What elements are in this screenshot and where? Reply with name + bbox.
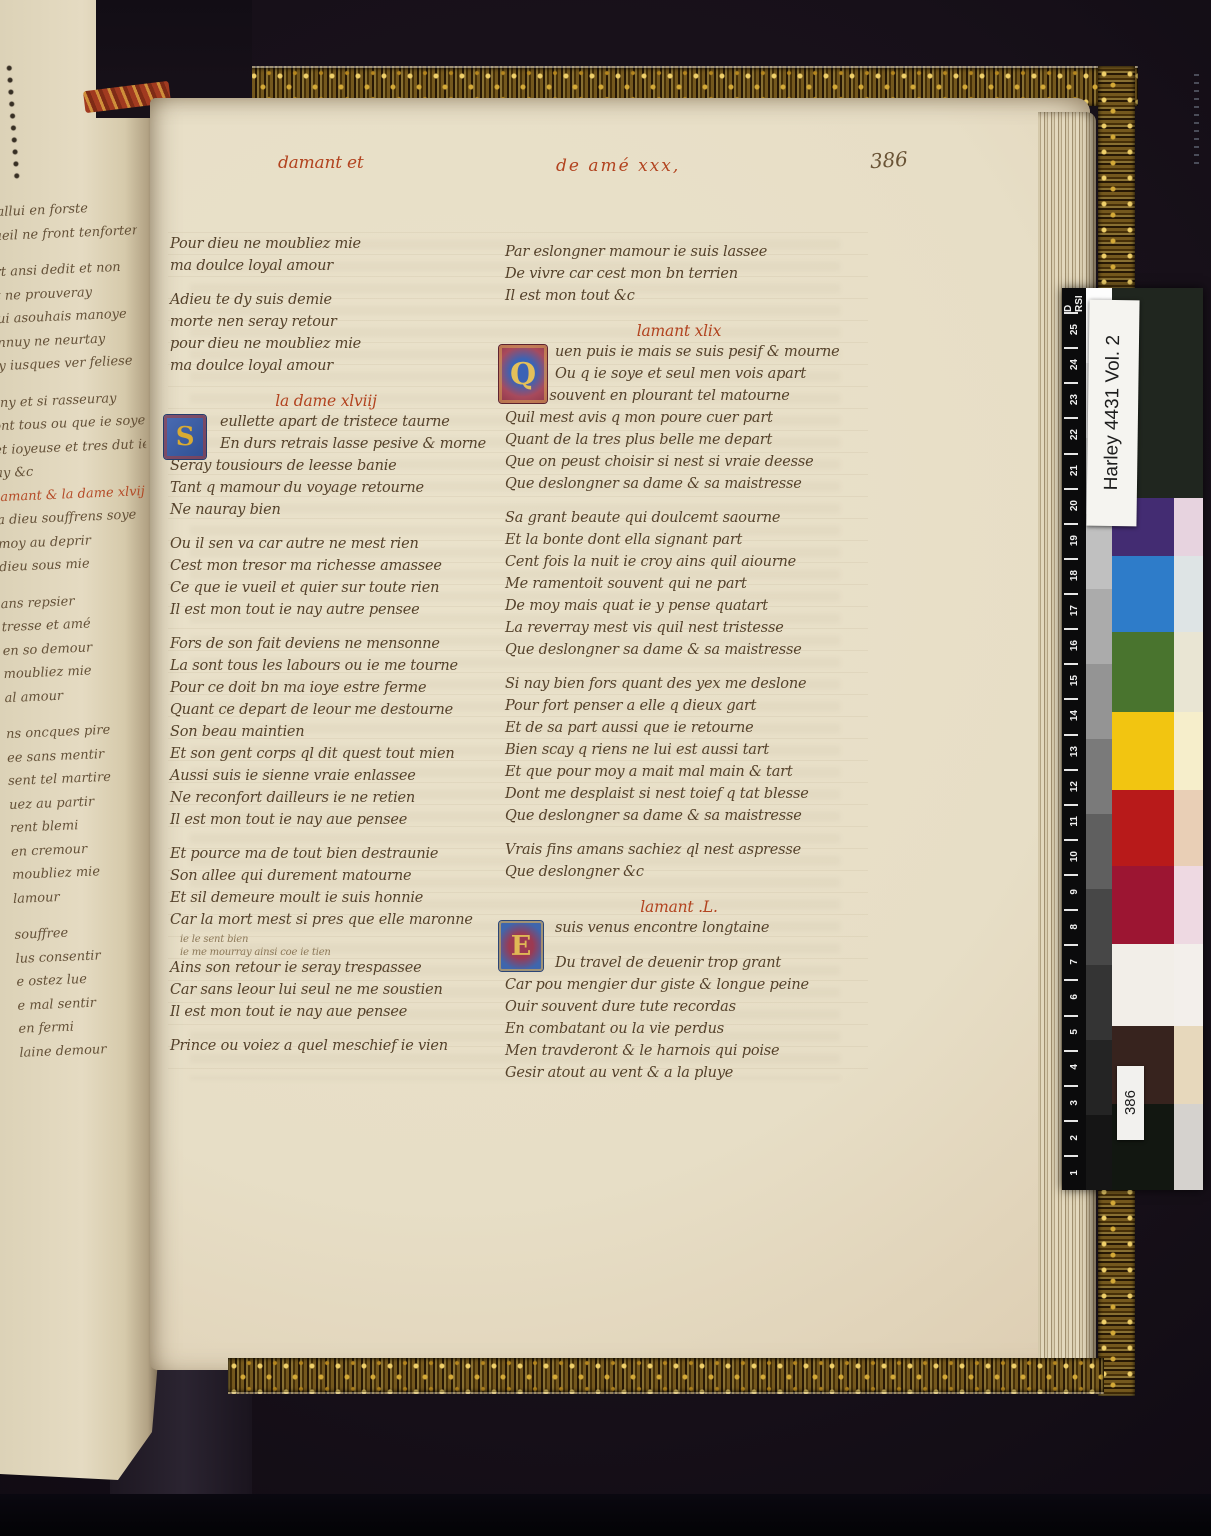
text-column-right: Par eslongner mamour ie suis lasseeDe vi… xyxy=(505,244,853,1099)
light-patch-9 xyxy=(1174,1104,1203,1190)
ruler-cell: 4 xyxy=(1062,1050,1086,1085)
interlinear-correction: ie le sent bien xyxy=(170,934,482,947)
verse-line: Que deslongner &c xyxy=(505,864,853,886)
ruler-cell: 9 xyxy=(1062,874,1086,909)
ruler-cell: 2 xyxy=(1062,1120,1086,1155)
verse-line: Quil mest avis q mon poure cuer part xyxy=(505,410,853,432)
verse-line: Ce que ie vueil et quier sur toute rien xyxy=(170,580,482,602)
verse-line: Ou il sen va car autre ne mest rien xyxy=(170,536,482,558)
verse-line: Fors de son fait deviens ne mensonne xyxy=(170,636,482,658)
verse-line: De moy mais quat ie y pense quatart xyxy=(505,598,853,620)
ruler-number: 1 xyxy=(1069,1170,1080,1176)
grayscale-step xyxy=(1086,814,1112,889)
verse-line: Du travel de deuenir trop grant xyxy=(505,955,853,977)
verse-line: Et sil demeure moult ie suis honnie xyxy=(170,890,482,912)
ruler-number: 4 xyxy=(1069,1064,1080,1070)
ruler-number: 17 xyxy=(1069,605,1080,616)
photo-bottom-band xyxy=(0,1494,1211,1536)
ruler-cell: 6 xyxy=(1062,979,1086,1014)
ruler-number: 19 xyxy=(1069,535,1080,546)
verse-line: Quant de la tres plus belle me depart xyxy=(505,432,853,454)
verse-line: Que deslongner sa dame & sa maistresse xyxy=(505,808,853,830)
ruler-cell: 1 xyxy=(1062,1155,1086,1190)
stanza: Ou il sen va car autre ne mest rienCest … xyxy=(170,536,482,624)
verse-line: Bien scay q riens ne lui est aussi tart xyxy=(505,742,853,764)
gilt-border-bottom xyxy=(228,1358,1104,1394)
verse-line: Seray tousiours de leesse banie xyxy=(170,458,482,480)
text-column-left: Pour dieu ne moubliez miema doulce loyal… xyxy=(170,236,482,1072)
verse-line: Il est mon tout ie nay aue pensee xyxy=(170,1004,482,1026)
verse-line: Pour ce doit bn ma ioye estre ferme xyxy=(170,680,482,702)
verse-line: En durs retrais lasse pesive & morne xyxy=(170,436,482,458)
manuscript-photo: mallui en forstedueil ne front tenforter… xyxy=(0,0,1211,1536)
stanza: Adieu te dy suis demiemorte nen seray re… xyxy=(170,292,482,380)
ruler-number: 3 xyxy=(1069,1100,1080,1106)
verse-line: Et son gent corps ql dit quest tout mien xyxy=(170,746,482,768)
ruler-number: 8 xyxy=(1069,924,1080,930)
verse-line: Quant ce depart de leour me destourne xyxy=(170,702,482,724)
verse-line: Men travderont & le harnois qui poise xyxy=(505,1043,853,1065)
verse-line: Tant q mamour du voyage retourne xyxy=(170,480,482,502)
ruler-cell: 17 xyxy=(1062,593,1086,628)
verse-line: Car la mort mest si pres que elle maronn… xyxy=(170,912,482,934)
ruler-number: 24 xyxy=(1069,359,1080,370)
verse-line: Vrais fins amans sachiez ql nest aspress… xyxy=(505,842,853,864)
verse-line: Que deslongner sa dame & sa maistresse xyxy=(505,642,853,664)
shelfmark-label: Harley 4431 Vol. 2 xyxy=(1086,300,1139,527)
ruler-cell: 7 xyxy=(1062,944,1086,979)
verse-line: Ouir souvent dure tute recordas xyxy=(505,999,853,1021)
verse-line: pour dieu ne moubliez mie xyxy=(170,336,482,358)
ruler-cell: 12 xyxy=(1062,769,1086,804)
verse-line: Ains son retour ie seray trespassee xyxy=(170,960,482,982)
grayscale-step xyxy=(1086,965,1112,1040)
ruler-number: 13 xyxy=(1069,746,1080,757)
ruler-cell: 16 xyxy=(1062,628,1086,663)
stanza: Si nay bien fors quant des yex me deslon… xyxy=(505,676,853,830)
folio-sticker-text: 386 xyxy=(1122,1090,1139,1115)
verse-line: Son allee qui durement matourne xyxy=(170,868,482,890)
stanza: Pour dieu ne moubliez miema doulce loyal… xyxy=(170,236,482,280)
grayscale-step xyxy=(1086,1040,1112,1115)
verse-line: Et que pour moy a mait mal main & tart xyxy=(505,764,853,786)
ruler-cell: 5 xyxy=(1062,1015,1086,1050)
stanza: Quen puis ie mais se suis pesif & mourne… xyxy=(505,344,853,498)
ruler-cell: 15 xyxy=(1062,663,1086,698)
ruler-number: 5 xyxy=(1069,1029,1080,1035)
verse-line: En combatant ou la vie perdus xyxy=(505,1021,853,1043)
light-patch-4 xyxy=(1174,712,1203,790)
interlinear-correction: ie me mourray ainsi coe ie tien xyxy=(170,947,482,960)
ruler-number: 11 xyxy=(1069,816,1080,827)
running-header-center: de amé xxx, xyxy=(556,156,680,176)
ruler-number: 9 xyxy=(1069,889,1080,895)
stanza: Par eslongner mamour ie suis lasseeDe vi… xyxy=(505,244,853,310)
verse-line: Si nay bien fors quant des yex me deslon… xyxy=(505,676,853,698)
verse-line: Son beau maintien xyxy=(170,724,482,746)
color-patch-white xyxy=(1112,944,1174,1026)
color-patch-red xyxy=(1112,790,1174,866)
verse-line: Adieu te dy suis demie xyxy=(170,292,482,314)
ruler-cell: 20 xyxy=(1062,488,1086,523)
verse-line: La ou souvent en plourant tel matourne xyxy=(505,388,853,410)
color-patch-blue xyxy=(1112,556,1174,632)
verse-line: eullette apart de tristece taurne xyxy=(170,414,482,436)
verse-line: De vivre car cest mon bn terrien xyxy=(505,266,853,288)
stanza: Fors de son fait deviens ne mensonneLa s… xyxy=(170,636,482,834)
color-patch-yellow xyxy=(1112,712,1174,790)
ruler-number: 18 xyxy=(1069,570,1080,581)
verse-line: Ou q ie soye et seul men vois apart xyxy=(505,366,853,388)
light-patch-strip xyxy=(1174,288,1203,1190)
ruler-number: 12 xyxy=(1069,781,1080,792)
ruler-number: 16 xyxy=(1069,640,1080,651)
light-patch-7 xyxy=(1174,944,1203,1026)
ruler-strip: D RSI 2524232221201918171615141312111098… xyxy=(1062,288,1086,1190)
section-rubric: lamant .L. xyxy=(505,898,853,920)
verse-line: Pour dieu ne moubliez mie xyxy=(170,236,482,258)
ruler-number: 14 xyxy=(1069,710,1080,721)
ruler-cell: 25 xyxy=(1062,312,1086,347)
ruler-cell: 13 xyxy=(1062,734,1086,769)
verse-line: Cest mon tresor ma richesse amassee xyxy=(170,558,482,580)
ruler-cell: 3 xyxy=(1062,1085,1086,1120)
section-rubric: la dame xlviij xyxy=(170,392,482,414)
verse-line: Gesir atout au vent & a la pluye xyxy=(505,1065,853,1087)
verse-line: suis venus encontre longtaine xyxy=(505,920,853,942)
light-patch-1 xyxy=(1174,498,1203,556)
grayscale-step xyxy=(1086,589,1112,664)
verse-line: La reverray mest vis quil nest tristesse xyxy=(505,620,853,642)
illuminated-initial-E: E xyxy=(499,921,543,971)
ruler-number: 7 xyxy=(1069,959,1080,965)
verse-line: Que deslongner sa dame & sa maistresse xyxy=(505,476,853,498)
ruler-top-code: D RSI xyxy=(1062,288,1086,312)
ruler-number: 25 xyxy=(1069,324,1080,335)
light-patch-2 xyxy=(1174,556,1203,632)
color-patch-crimson xyxy=(1112,866,1174,944)
ruler-number: 10 xyxy=(1069,851,1080,862)
stanza: Esuis venus encontre longtainenayDu trav… xyxy=(505,920,853,1087)
section-rubric: lamant xlix xyxy=(505,322,853,344)
stanza: Prince ou voiez a quel meschief ie vien xyxy=(170,1038,482,1060)
verse-line: Dont me desplaist si nest toief q tat bl… xyxy=(505,786,853,808)
ruler-number: 22 xyxy=(1069,429,1080,440)
verse-line: uen puis ie mais se suis pesif & mourne xyxy=(505,344,853,366)
stanza: Et pource ma de tout bien destraunieSon … xyxy=(170,846,482,1026)
verse-line: Cent fois la nuit ie croy ains quil aiou… xyxy=(505,554,853,576)
edge-registration-dots xyxy=(1194,74,1199,166)
stanza: Vrais fins amans sachiez ql nest aspress… xyxy=(505,842,853,886)
verse-line: Et pource ma de tout bien destraunie xyxy=(170,846,482,868)
grayscale-step xyxy=(1086,889,1112,964)
light-patch-5 xyxy=(1174,790,1203,866)
ruler-cell: 24 xyxy=(1062,347,1086,382)
verse-line: Me ramentoit souvent qui ne part xyxy=(505,576,853,598)
verse-line: ma doulce loyal amour xyxy=(170,358,482,380)
running-header-left: damant et xyxy=(278,153,364,173)
ruler-cell: 19 xyxy=(1062,523,1086,558)
verse-line: Il est mon tout ie nay aue pensee xyxy=(170,812,482,834)
ruler-number: 2 xyxy=(1069,1135,1080,1141)
ruler-number: 20 xyxy=(1069,500,1080,511)
verse-line: Prince ou voiez a quel meschief ie vien xyxy=(170,1038,482,1060)
verse-line: Car pou mengier dur giste & longue peine xyxy=(505,977,853,999)
folio-sticker: 386 xyxy=(1117,1066,1144,1140)
folio-number: 386 xyxy=(869,147,908,174)
illuminated-initial-S: S xyxy=(164,415,206,459)
grayscale-step xyxy=(1086,664,1112,739)
stanza: Seullette apart de tristece taurneEn dur… xyxy=(170,414,482,524)
verse-line: Pour fort penser a elle q dieux gart xyxy=(505,698,853,720)
light-patch-0 xyxy=(1174,288,1203,498)
shelfmark-text: Harley 4431 Vol. 2 xyxy=(1101,335,1125,491)
light-patch-8 xyxy=(1174,1026,1203,1104)
verse-line: La sont tous les labours ou ie me tourne xyxy=(170,658,482,680)
ruler-cell: 22 xyxy=(1062,417,1086,452)
ruler-cell: 14 xyxy=(1062,698,1086,733)
ruler-number: 23 xyxy=(1069,394,1080,405)
color-patch-green xyxy=(1112,632,1174,712)
ruler-cell: 23 xyxy=(1062,382,1086,417)
grayscale-step xyxy=(1086,739,1112,814)
ruler-number: 21 xyxy=(1069,465,1080,476)
interlinear-correction: nay xyxy=(505,942,853,955)
verse-line: Aussi suis ie sienne vraie enlassee xyxy=(170,768,482,790)
verse-line: Et de sa part aussi que ie retourne xyxy=(505,720,853,742)
ruler-cell: 18 xyxy=(1062,558,1086,593)
ruler-cell: 10 xyxy=(1062,839,1086,874)
grayscale-step xyxy=(1086,1115,1112,1190)
ruler-cell: 11 xyxy=(1062,804,1086,839)
verse-line: Il est mon tout ie nay autre pensee xyxy=(170,602,482,624)
verse-line: Par eslongner mamour ie suis lassee xyxy=(505,244,853,266)
ruler-number: 15 xyxy=(1069,675,1080,686)
stanza: Sa grant beaute qui doulcemt saourneEt l… xyxy=(505,510,853,664)
light-patch-3 xyxy=(1174,632,1203,712)
verse-line: Et la bonte dont ella signant part xyxy=(505,532,853,554)
verse-line: Sa grant beaute qui doulcemt saourne xyxy=(505,510,853,532)
ruler-cell: 8 xyxy=(1062,909,1086,944)
ruler-code-text: D RSI xyxy=(1063,288,1085,312)
ruler-number: 6 xyxy=(1069,994,1080,1000)
light-patch-6 xyxy=(1174,866,1203,944)
verse-line: Ne reconfort dailleurs ie ne retien xyxy=(170,790,482,812)
illuminated-initial-Q: Q xyxy=(499,345,547,403)
ruler-cell: 21 xyxy=(1062,453,1086,488)
verse-line: ma doulce loyal amour xyxy=(170,258,482,280)
verse-line: Ne nauray bien xyxy=(170,502,482,524)
verse-line: Que on peust choisir si nest si vraie de… xyxy=(505,454,853,476)
verse-line: morte nen seray retour xyxy=(170,314,482,336)
verse-line: Il est mon tout &c xyxy=(505,288,853,310)
verse-line: Car sans leour lui seul ne me soustien xyxy=(170,982,482,1004)
